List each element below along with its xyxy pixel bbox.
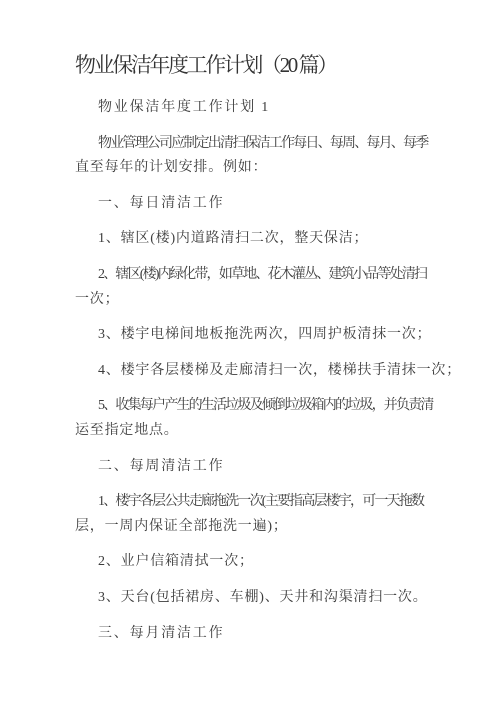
text-line: 3、楼宇电梯间地板拖洗两次，四周护板清抹一次； [75,323,435,348]
text-line: 1、辖区(楼)内道路清扫二次，整天保洁； [75,227,435,252]
paragraph: 5、收集每户产生的生活垃圾及倾倒垃圾箱内的垃圾，并负责清运至指定地点。 [75,394,435,443]
paragraph: 3、楼宇电梯间地板拖洗两次，四周护板清抹一次； [75,323,435,348]
text-line: 二、每周清洁工作 [75,455,435,480]
text-line: 4、楼宇各层楼梯及走廊清扫一次，楼梯扶手清抹一次； [75,359,435,384]
section-heading: 三、每月清洁工作 [75,622,435,647]
document-subtitle: 物业保洁年度工作计划 1 [75,96,435,121]
document-page: 物业保洁年度工作计划（20 篇） 物业保洁年度工作计划 1物业管理公司应制定出清… [0,0,500,707]
paragraph: 1、辖区(楼)内道路清扫二次，整天保洁； [75,227,435,252]
text-line: 一、每日清洁工作 [75,192,435,217]
section-heading: 二、每周清洁工作 [75,455,435,480]
text-line: 层，一周内保证全部拖洗一遍)； [75,515,435,540]
text-line: 物业保洁年度工作计划 1 [75,96,435,121]
section-heading: 一、每日清洁工作 [75,192,435,217]
text-line: 运至指定地点。 [75,419,435,444]
text-line: 3、天台(包括裙房、车棚)、天井和沟渠清扫一次。 [75,586,435,611]
paragraph: 2、辖区(楼)内绿化带，如草地、花木灌丛、建筑小品等处清扫一次； [75,263,435,312]
paragraph: 1、楼宇各层公共走廊拖洗一次(主要指高层楼宇，可一天拖数层，一周内保证全部拖洗一… [75,490,435,539]
paragraph: 2、业户信箱清拭一次； [75,550,435,575]
text-line: 一次； [75,288,435,313]
text-line: 2、辖区(楼)内绿化带，如草地、花木灌丛、建筑小品等处清扫 [75,263,435,288]
text-line: 直至每年的计划安排。例如： [75,156,435,181]
paragraph: 3、天台(包括裙房、车棚)、天井和沟渠清扫一次。 [75,586,435,611]
paragraph: 4、楼宇各层楼梯及走廊清扫一次，楼梯扶手清抹一次； [75,359,435,384]
document-body: 物业保洁年度工作计划 1物业管理公司应制定出清扫保洁工作每日、每周、每月、每季直… [75,96,435,646]
paragraph: 物业管理公司应制定出清扫保洁工作每日、每周、每月、每季直至每年的计划安排。例如： [75,132,435,181]
text-line: 2、业户信箱清拭一次； [75,550,435,575]
document-content: 物业保洁年度工作计划（20 篇） 物业保洁年度工作计划 1物业管理公司应制定出清… [75,48,435,646]
text-line: 三、每月清洁工作 [75,622,435,647]
text-line: 物业管理公司应制定出清扫保洁工作每日、每周、每月、每季 [75,132,435,157]
document-title: 物业保洁年度工作计划（20 篇） [75,48,435,82]
text-line: 5、收集每户产生的生活垃圾及倾倒垃圾箱内的垃圾，并负责清 [75,394,435,419]
text-line: 1、楼宇各层公共走廊拖洗一次(主要指高层楼宇，可一天拖数 [75,490,435,515]
